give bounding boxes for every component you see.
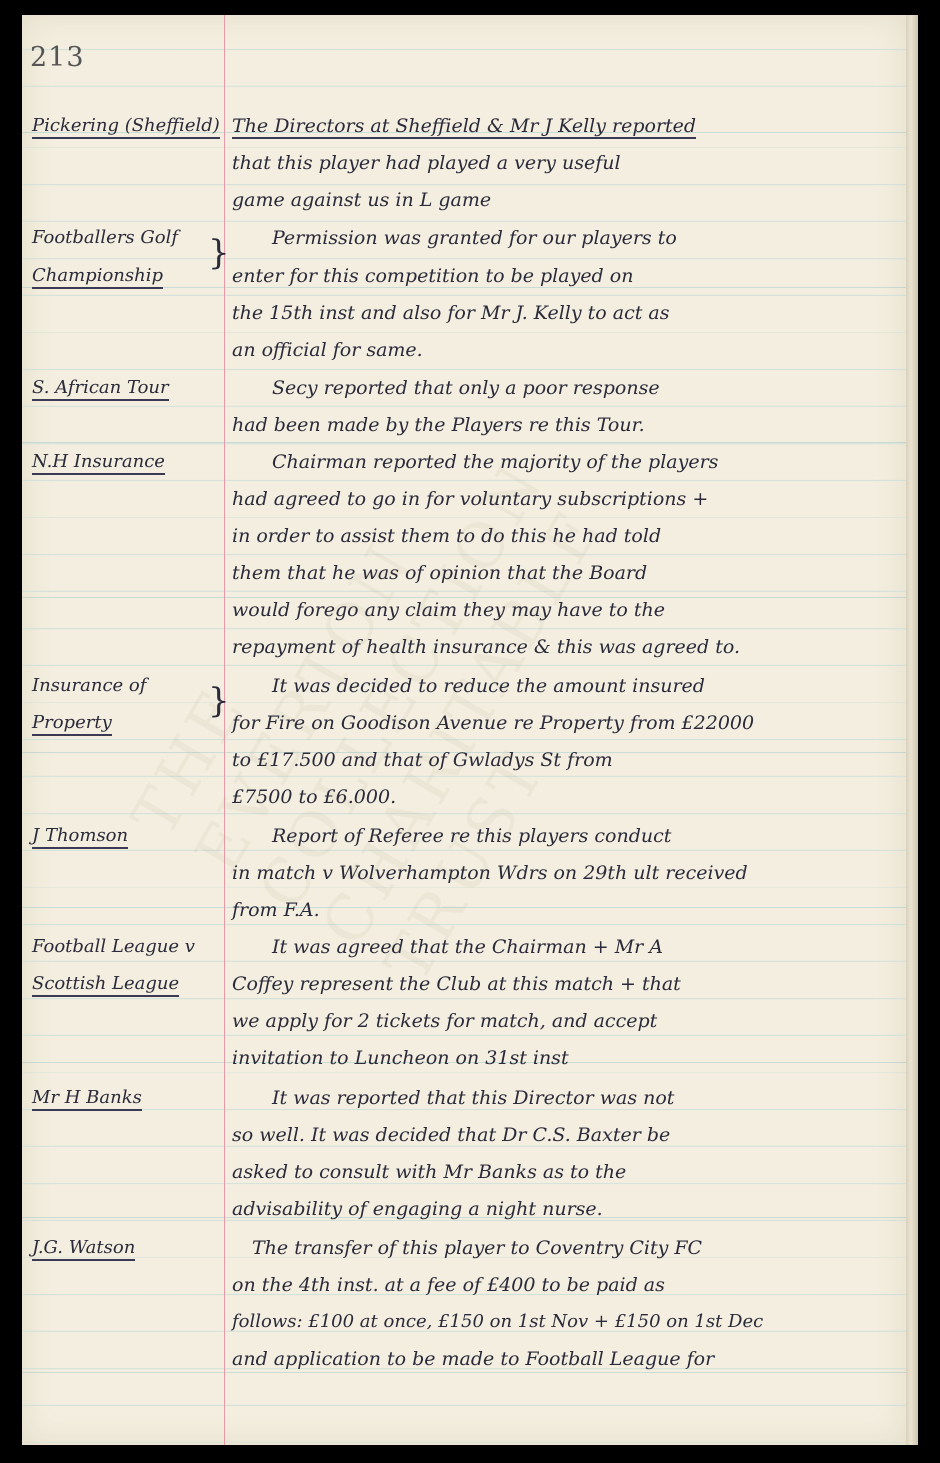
entry-line: them that he was of opinion that the Boa…	[232, 562, 892, 584]
entry-line: had agreed to go in for voluntary subscr…	[232, 488, 892, 510]
page-number: 213	[30, 42, 85, 73]
entry-line: had been made by the Players re this Tou…	[232, 414, 892, 436]
brace-icon: }	[208, 681, 230, 721]
entry-heading: Insurance of	[32, 675, 146, 696]
ledger-page: THE EVERTON COLLECTION CHARITABLE TRUST …	[22, 15, 906, 1445]
entry-heading: J.G. Watson	[32, 1237, 135, 1261]
entry-line: It was reported that this Director was n…	[232, 1087, 932, 1109]
entry-line: an official for same.	[232, 339, 892, 361]
entry-line: would forego any claim they may have to …	[232, 599, 892, 621]
entry-line: and application to be made to Football L…	[232, 1348, 892, 1370]
entry-line: follows: £100 at once, £150 on 1st Nov +…	[232, 1311, 892, 1332]
entry-line: enter for this competition to be played …	[232, 265, 892, 287]
entry-line: invitation to Luncheon on 31st inst	[232, 1047, 892, 1069]
margin-line	[224, 15, 225, 1445]
entry-line: in order to assist them to do this he ha…	[232, 525, 892, 547]
entry-line: The Directors at Sheffield & Mr J Kelly …	[232, 115, 892, 137]
entry-line: Coffey represent the Club at this match …	[232, 973, 892, 995]
entry-line: It was decided to reduce the amount insu…	[232, 675, 932, 697]
entry-line: to £17.500 and that of Gwladys St from	[232, 749, 892, 771]
entry-line: so well. It was decided that Dr C.S. Bax…	[232, 1124, 892, 1146]
entry-line: we apply for 2 tickets for match, and ac…	[232, 1010, 892, 1032]
entry-line: repayment of health insurance & this was…	[232, 636, 892, 658]
entry-heading: Championship	[32, 265, 163, 289]
entry-line: game against us in L game	[232, 189, 892, 211]
entry-heading: J Thomson	[32, 825, 128, 849]
entry-line: The transfer of this player to Coventry …	[232, 1237, 912, 1259]
entry-heading: Property	[32, 712, 112, 736]
entry-line: Permission was granted for our players t…	[232, 227, 932, 249]
entry-line: that this player had played a very usefu…	[232, 152, 892, 174]
entry-heading: Mr H Banks	[32, 1087, 142, 1111]
entry-line: £7500 to £6.000.	[232, 786, 892, 808]
entry-heading: Pickering (Sheffield)	[32, 115, 220, 139]
entry-heading: Scottish League	[32, 973, 179, 997]
entry-heading: Football League v	[32, 936, 195, 957]
brace-icon: }	[208, 233, 230, 273]
entry-line: in match v Wolverhampton Wdrs on 29th ul…	[232, 862, 892, 884]
entry-line: for Fire on Goodison Avenue re Property …	[232, 712, 892, 734]
entry-line: It was agreed that the Chairman + Mr A	[232, 936, 932, 958]
entry-line: advisability of engaging a night nurse.	[232, 1198, 892, 1220]
entry-line: from F.A.	[232, 899, 892, 921]
entry-heading: Footballers Golf	[32, 227, 178, 248]
entry-line: asked to consult with Mr Banks as to the	[232, 1161, 892, 1183]
entry-heading: S. African Tour	[32, 377, 169, 401]
entry-line: on the 4th inst. at a fee of £400 to be …	[232, 1274, 892, 1296]
entry-line: Secy reported that only a poor response	[232, 377, 932, 399]
entry-line: Chairman reported the majority of the pl…	[232, 451, 932, 473]
entry-line: Report of Referee re this players conduc…	[232, 825, 932, 847]
entry-line: the 15th inst and also for Mr J. Kelly t…	[232, 302, 892, 324]
entry-heading: N.H Insurance	[32, 451, 165, 475]
